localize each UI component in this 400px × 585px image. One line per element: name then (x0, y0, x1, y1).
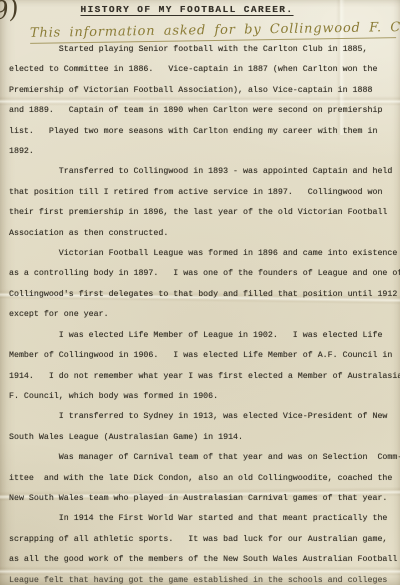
typed-text-line: Started playing Senior football with the… (9, 40, 400, 60)
typed-text-line: In 1914 the First World War started and … (9, 509, 400, 529)
typed-text-line: elected to Committee in 1886. Vice-capta… (9, 60, 400, 80)
typed-text-line: scrapping of all athletic sports. It was… (9, 530, 400, 550)
typed-text-line: League felt that having got the game est… (9, 571, 400, 585)
typed-text-line: Victorian Football League was formed in … (9, 244, 400, 264)
typed-text-line: South Wales League (Australasian Game) i… (9, 428, 400, 448)
document-title: HISTORY OF MY FOOTBALL CAREER. (0, 4, 387, 15)
typed-text-line: as a controlling body in 1897. I was one… (9, 264, 400, 284)
typed-text-line: Was manager of Carnival team of that yea… (9, 448, 400, 468)
typed-text-line: Transferred to Collingwood in 1893 - was… (9, 162, 400, 182)
typed-text-line: Collingwood's first delegates to that bo… (9, 285, 400, 305)
typed-text-line: Member of Collingwood in 1906. I was ele… (9, 346, 400, 366)
typed-text-line: their first premiership in 1896, the las… (9, 203, 400, 223)
typed-text-line: 1892. (9, 142, 400, 162)
scanned-document-page: 9) HISTORY OF MY FOOTBALL CAREER. This i… (0, 0, 400, 585)
typed-text-line: I transferred to Sydney in 1913, was ele… (9, 407, 400, 427)
typed-text-line: that position till I retired from active… (9, 183, 400, 203)
typed-text-line: as all the good work of the members of t… (9, 550, 400, 570)
typed-text-line: ittee and with the late Dick Condon, als… (9, 469, 400, 489)
typed-text-line: Association as then constructed. (9, 224, 400, 244)
typed-text-line: and 1889. Captain of team in 1890 when C… (9, 101, 400, 121)
typed-text-line: list. Played two more seasons with Carlt… (9, 122, 400, 142)
typed-text-line: F. Council, which body was formed in 190… (9, 387, 400, 407)
typed-text-line: 1914. I do not remember what year I was … (9, 367, 400, 387)
typed-text-line: I was elected Life Member of League in 1… (9, 326, 400, 346)
typed-text-line: Premiership of Victorian Football Associ… (9, 81, 400, 101)
typed-text-line: New South Wales team who played in Austr… (9, 489, 400, 509)
document-body: Started playing Senior football with the… (9, 40, 400, 585)
typed-text-line: except for one year. (9, 305, 400, 325)
